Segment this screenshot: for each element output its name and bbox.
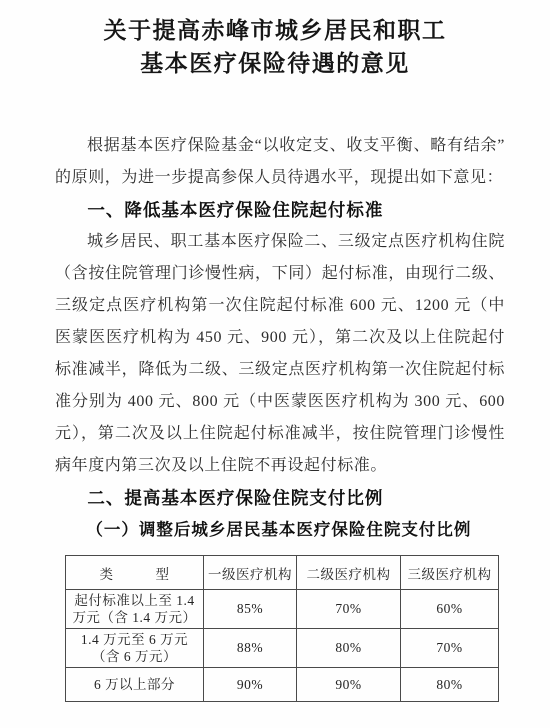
document-title: 关于提高赤峰市城乡居民和职工 基本医疗保险待遇的意见 [0, 14, 550, 80]
section2-heading: 二、提高基本医疗保险住院支付比例 [55, 482, 505, 514]
section1-heading: 一、降低基本医疗保险住院起付标准 [55, 194, 505, 226]
tier3-level3-ratio: 80% [401, 668, 499, 702]
row-label-tier1: 起付标准以上至 1.4 万元（含 1.4 万元） [66, 590, 204, 629]
table-header-level2-institution: 二级医疗机构 [297, 556, 401, 590]
tier2-level2-ratio: 80% [297, 629, 401, 668]
document-body: 根据基本医疗保险基金“以收定支、收支平衡、略有结余”的原则，为进一步提高参保人员… [55, 130, 505, 702]
tier2-level1-ratio: 88% [204, 629, 297, 668]
table-row: 1.4 万元至 6 万元 （含 6 万元） 88% 80% 70% [66, 629, 499, 668]
intro-paragraph: 根据基本医疗保险基金“以收定支、收支平衡、略有结余”的原则，为进一步提高参保人员… [55, 130, 505, 194]
document-title-line-2: 基本医疗保险待遇的意见 [0, 47, 550, 80]
tier3-level1-ratio: 90% [204, 668, 297, 702]
document-page: 关于提高赤峰市城乡居民和职工 基本医疗保险待遇的意见 根据基本医疗保险基金“以收… [0, 0, 550, 728]
table-header-type: 类 型 [66, 556, 204, 590]
table-row: 6 万以上部分 90% 90% 80% [66, 668, 499, 702]
section2-subheading: （一）调整后城乡居民基本医疗保险住院支付比例 [55, 514, 505, 546]
table-row: 起付标准以上至 1.4 万元（含 1.4 万元） 85% 70% 60% [66, 590, 499, 629]
tier2-level3-ratio: 70% [401, 629, 499, 668]
tier3-level2-ratio: 90% [297, 668, 401, 702]
section1-paragraph: 城乡居民、职工基本医疗保险二、三级定点医疗机构住院（含按住院管理门诊慢性病，下同… [55, 226, 505, 482]
table-header-level1-institution: 一级医疗机构 [204, 556, 297, 590]
table-header-level3-institution: 三级医疗机构 [401, 556, 499, 590]
row-label-tier2: 1.4 万元至 6 万元 （含 6 万元） [66, 629, 204, 668]
hospital-payment-ratio-table: 类 型 一级医疗机构 二级医疗机构 三级医疗机构 起付标准以上至 1.4 万元（… [65, 555, 499, 702]
table-header-row: 类 型 一级医疗机构 二级医疗机构 三级医疗机构 [66, 556, 499, 590]
tier1-level3-ratio: 60% [401, 590, 499, 629]
document-title-line-1: 关于提高赤峰市城乡居民和职工 [0, 14, 550, 47]
tier1-level2-ratio: 70% [297, 590, 401, 629]
tier1-level1-ratio: 85% [204, 590, 297, 629]
row-label-tier3: 6 万以上部分 [66, 668, 204, 702]
